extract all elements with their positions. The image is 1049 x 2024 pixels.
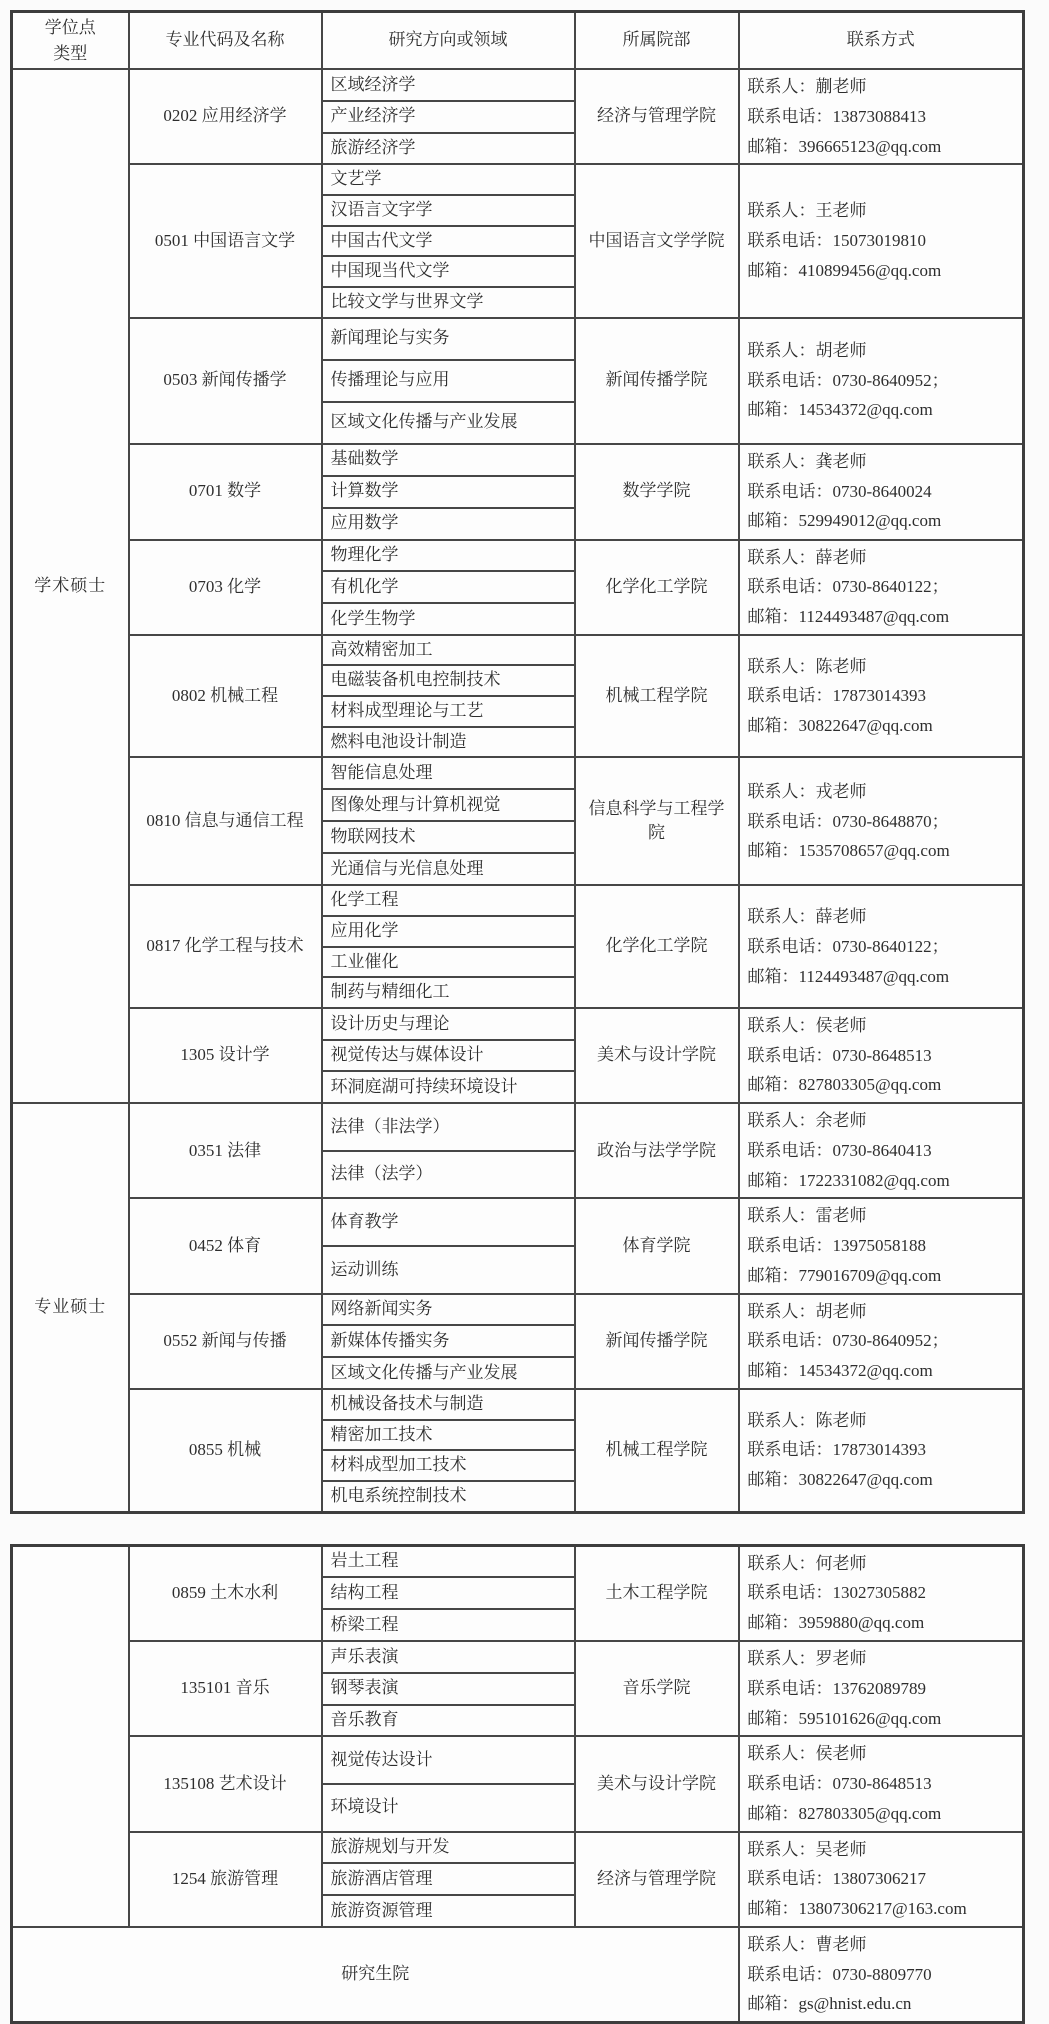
research-direction-cell: 旅游酒店管理 [322, 1863, 575, 1895]
header-cell: 专业代码及名称 [129, 12, 322, 70]
contact-phone-line: 联系电话：0730-8640952； [748, 1326, 1015, 1356]
contact-person-value: 龚老师 [816, 452, 867, 471]
contact-cell: 联系人：薛老师联系电话：0730-8640122；邮箱：1124493487@q… [739, 885, 1024, 1008]
contact-person-label: 联系人： [748, 907, 816, 926]
header-cell-label: 专业代码及名称 [166, 30, 285, 49]
degree-table-continued: 0859 土木水利岩土工程土木工程学院联系人：何老师联系电话：130273058… [10, 1544, 1049, 2024]
research-direction-cell: 计算数学 [322, 476, 575, 508]
contact-person-value: 侯老师 [816, 1744, 867, 1763]
college-cell: 中国语言文学学院 [575, 164, 739, 317]
contact-email-label: 邮箱： [748, 400, 799, 419]
contact-cell: 联系人：罗老师联系电话：13762089789邮箱：595101626@qq.c… [739, 1641, 1024, 1736]
contact-email-value: 827803305@qq.com [799, 1075, 942, 1094]
college-cell: 土木工程学院 [575, 1545, 739, 1641]
contact-email-line: 邮箱：529949012@qq.com [748, 506, 1015, 536]
contact-person-label: 联系人： [748, 1554, 816, 1573]
research-direction-cell: 设计历史与理论 [322, 1008, 575, 1040]
header-cell: 联系方式 [739, 12, 1024, 70]
contact-email-value: 14534372@qq.com [799, 400, 933, 419]
research-direction-cell: 燃料电池设计制造 [322, 727, 575, 758]
contact-phone-label: 联系电话： [748, 1583, 833, 1602]
header-cell: 所属院部 [575, 12, 739, 70]
degree-table: 学位点类型专业代码及名称研究方向或领域所属院部联系方式学术硕士0202 应用经济… [10, 10, 1025, 1514]
contact-phone-line: 联系电话：13873088413 [748, 102, 1015, 132]
contact-person-label: 联系人： [748, 1016, 816, 1035]
research-direction-cell: 精密加工技术 [322, 1420, 575, 1451]
contact-email-label: 邮箱： [748, 511, 799, 530]
college-cell: 化学化工学院 [575, 885, 739, 1008]
contact-phone-label: 联系电话： [748, 371, 833, 390]
contact-email-line: 邮箱：827803305@qq.com [748, 1070, 1015, 1100]
college-cell: 美术与设计学院 [575, 1008, 739, 1103]
contact-cell: 联系人：薛老师联系电话：0730-8640122；邮箱：1124493487@q… [739, 540, 1024, 635]
contact-person-label: 联系人： [748, 201, 816, 220]
contact-phone-line: 联系电话：13762089789 [748, 1674, 1015, 1704]
contact-email-label: 邮箱： [748, 1709, 799, 1728]
contact-person-line: 联系人：何老师 [748, 1549, 1015, 1579]
research-direction-cell: 产业经济学 [322, 101, 575, 133]
contact-cell: 联系人：胡老师联系电话：0730-8640952；邮箱：14534372@qq.… [739, 318, 1024, 444]
contact-email-line: 邮箱：779016709@qq.com [748, 1261, 1015, 1291]
degree-table: 0859 土木水利岩土工程土木工程学院联系人：何老师联系电话：130273058… [10, 1544, 1025, 2024]
college-cell: 美术与设计学院 [575, 1736, 739, 1831]
contact-person-label: 联系人： [748, 782, 816, 801]
research-direction-cell: 法律（非法学） [322, 1103, 575, 1151]
contact-phone-label: 联系电话： [748, 1965, 833, 1984]
contact-email-label: 邮箱： [748, 1899, 799, 1918]
contact-phone-line: 联系电话：0730-8648513 [748, 1041, 1015, 1071]
contact-email-line: 邮箱：1124493487@qq.com [748, 602, 1015, 632]
contact-person-label: 联系人： [748, 1649, 816, 1668]
research-direction-cell: 视觉传达设计 [322, 1736, 575, 1784]
college-cell: 数学学院 [575, 444, 739, 540]
research-direction-cell: 区域文化传播与产业发展 [322, 1357, 575, 1389]
program-code-cell: 0817 化学工程与技术 [129, 885, 322, 1008]
contact-email-label: 邮箱： [748, 967, 799, 986]
contact-phone-line: 联系电话：0730-8809770 [748, 1960, 1015, 1990]
contact-phone-value: 0730-8648513 [833, 1774, 932, 1793]
research-direction-cell: 传播理论与应用 [322, 360, 575, 402]
contact-phone-line: 联系电话：0730-8640122； [748, 932, 1015, 962]
contact-person-value: 薛老师 [816, 548, 867, 567]
research-direction-cell: 智能信息处理 [322, 757, 575, 789]
contact-person-line: 联系人：雷老师 [748, 1201, 1015, 1231]
contact-email-value: gs@hnist.edu.cn [799, 1994, 912, 2013]
contact-cell: 联系人：何老师联系电话：13027305882邮箱：3959880@qq.com [739, 1545, 1024, 1641]
header-cell: 研究方向或领域 [322, 12, 575, 70]
research-direction-cell: 新闻理论与实务 [322, 318, 575, 360]
graduate-school-cell: 研究生院 [12, 1927, 739, 2023]
contact-email-value: 1124493487@qq.com [799, 967, 950, 986]
contact-email-label: 邮箱： [748, 1171, 799, 1190]
research-direction-cell: 电磁装备机电控制技术 [322, 665, 575, 696]
contact-email-value: 30822647@qq.com [799, 1470, 933, 1489]
program-subrow: 0452 体育体育教学体育学院联系人：雷老师联系电话：13975058188邮箱… [12, 1198, 1024, 1246]
contact-phone-label: 联系电话： [748, 1774, 833, 1793]
contact-phone-value: 0730-8640122； [833, 577, 949, 596]
college-cell: 经济与管理学院 [575, 1832, 739, 1927]
contact-phone-label: 联系电话： [748, 1869, 833, 1888]
research-direction-cell: 旅游资源管理 [322, 1895, 575, 1927]
contact-cell: 联系人：侯老师联系电话：0730-8648513邮箱：827803305@qq.… [739, 1008, 1024, 1103]
research-direction-cell: 环境设计 [322, 1784, 575, 1832]
contact-person-value: 胡老师 [816, 1302, 867, 1321]
contact-email-line: 邮箱：1535708657@qq.com [748, 836, 1015, 866]
program-code-cell: 0351 法律 [129, 1103, 322, 1198]
contact-email-value: 14534372@qq.com [799, 1361, 933, 1380]
contact-phone-label: 联系电话： [748, 231, 833, 250]
contact-phone-value: 17873014393 [833, 1440, 927, 1459]
contact-phone-label: 联系电话： [748, 482, 833, 501]
contact-phone-line: 联系电话：17873014393 [748, 681, 1015, 711]
contact-email-line: 邮箱：396665123@qq.com [748, 132, 1015, 162]
contact-phone-value: 0730-8809770 [833, 1965, 932, 1984]
contact-person-label: 联系人： [748, 657, 816, 676]
contact-phone-value: 0730-8648870； [833, 812, 949, 831]
research-direction-cell: 比较文学与世界文学 [322, 287, 575, 318]
research-direction-cell: 高效精密加工 [322, 635, 575, 666]
program-subrow: 0701 数学基础数学数学学院联系人：龚老师联系电话：0730-8640024邮… [12, 444, 1024, 476]
research-direction-cell: 材料成型理论与工艺 [322, 696, 575, 727]
contact-person-line: 联系人：蒯老师 [748, 72, 1015, 102]
program-code-cell: 0859 土木水利 [129, 1545, 322, 1641]
contact-email-label: 邮箱： [748, 1470, 799, 1489]
contact-email-value: 595101626@qq.com [799, 1709, 942, 1728]
research-direction-cell: 旅游规划与开发 [322, 1832, 575, 1864]
research-direction-cell: 旅游经济学 [322, 133, 575, 165]
program-subrow: 0703 化学物理化学化学化工学院联系人：薛老师联系电话：0730-864012… [12, 540, 1024, 572]
contact-phone-line: 联系电话：0730-8640952； [748, 366, 1015, 396]
contact-person-line: 联系人：龚老师 [748, 447, 1015, 477]
contact-person-line: 联系人：胡老师 [748, 1297, 1015, 1327]
contact-email-line: 邮箱：1722331082@qq.com [748, 1166, 1015, 1196]
contact-cell: 联系人：胡老师联系电话：0730-8640952；邮箱：14534372@qq.… [739, 1294, 1024, 1389]
contact-person-line: 联系人：侯老师 [748, 1011, 1015, 1041]
contact-phone-label: 联系电话： [748, 1440, 833, 1459]
program-subrow: 1305 设计学设计历史与理论美术与设计学院联系人：侯老师联系电话：0730-8… [12, 1008, 1024, 1040]
contact-email-line: 邮箱：30822647@qq.com [748, 711, 1015, 741]
contact-person-line: 联系人：戎老师 [748, 777, 1015, 807]
research-direction-cell: 材料成型加工技术 [322, 1450, 575, 1481]
contact-phone-line: 联系电话：15073019810 [748, 226, 1015, 256]
contact-phone-value: 15073019810 [833, 231, 927, 250]
program-subrow: 0552 新闻与传播网络新闻实务新闻传播学院联系人：胡老师联系电话：0730-8… [12, 1294, 1024, 1326]
contact-person-line: 联系人：陈老师 [748, 652, 1015, 682]
contact-phone-value: 13873088413 [833, 107, 927, 126]
contact-phone-value: 13027305882 [833, 1583, 927, 1602]
contact-email-label: 邮箱： [748, 841, 799, 860]
college-cell: 新闻传播学院 [575, 1294, 739, 1389]
research-direction-cell: 应用化学 [322, 916, 575, 947]
contact-person-label: 联系人： [748, 1302, 816, 1321]
research-direction-cell: 视觉传达与媒体设计 [322, 1040, 575, 1072]
contact-email-line: 邮箱：1124493487@qq.com [748, 962, 1015, 992]
contact-person-line: 联系人：曹老师 [748, 1930, 1015, 1960]
contact-person-value: 胡老师 [816, 341, 867, 360]
program-code-cell: 0202 应用经济学 [129, 69, 322, 164]
research-direction-cell: 机械设备技术与制造 [322, 1389, 575, 1420]
contact-email-line: 邮箱：410899456@qq.com [748, 256, 1015, 286]
program-code-cell: 135101 音乐 [129, 1641, 322, 1736]
contact-phone-line: 联系电话：0730-8640413 [748, 1136, 1015, 1166]
header-cell-label: 联系方式 [847, 30, 915, 49]
college-cell: 体育学院 [575, 1198, 739, 1293]
contact-person-value: 蒯老师 [816, 77, 867, 96]
contact-phone-line: 联系电话：13975058188 [748, 1231, 1015, 1261]
contact-email-label: 邮箱： [748, 1361, 799, 1380]
program-subrow: 0810 信息与通信工程智能信息处理信息科学与工程学院联系人：戎老师联系电话：0… [12, 757, 1024, 789]
contact-email-value: 3959880@qq.com [799, 1613, 925, 1632]
program-subrow: 0859 土木水利岩土工程土木工程学院联系人：何老师联系电话：130273058… [12, 1545, 1024, 1577]
contact-email-value: 1722331082@qq.com [799, 1171, 950, 1190]
contact-email-value: 1535708657@qq.com [799, 841, 950, 860]
contact-person-value: 薛老师 [816, 907, 867, 926]
contact-phone-label: 联系电话： [748, 812, 833, 831]
research-direction-cell: 图像处理与计算机视觉 [322, 789, 575, 821]
contact-person-label: 联系人： [748, 1111, 816, 1130]
contact-phone-label: 联系电话： [748, 577, 833, 596]
research-direction-cell: 工业催化 [322, 947, 575, 978]
program-subrow: 1254 旅游管理旅游规划与开发经济与管理学院联系人：吴老师联系电话：13807… [12, 1832, 1024, 1864]
degree-type-cell [12, 1545, 129, 1927]
contact-phone-value: 0730-8640122； [833, 937, 949, 956]
contact-email-label: 邮箱： [748, 716, 799, 735]
contact-phone-label: 联系电话： [748, 686, 833, 705]
degree-type-cell: 学术硕士 [12, 69, 129, 1103]
contact-email-line: 邮箱：14534372@qq.com [748, 1356, 1015, 1386]
research-direction-cell: 声乐表演 [322, 1641, 575, 1673]
college-cell: 机械工程学院 [575, 635, 739, 758]
program-subrow: 0503 新闻传播学新闻理论与实务新闻传播学院联系人：胡老师联系电话：0730-… [12, 318, 1024, 360]
contact-email-label: 邮箱： [748, 1613, 799, 1632]
contact-email-value: 779016709@qq.com [799, 1266, 942, 1285]
program-subrow: 0501 中国语言文学文艺学中国语言文学学院联系人：王老师联系电话：150730… [12, 164, 1024, 195]
research-direction-cell: 物联网技术 [322, 821, 575, 853]
contact-phone-line: 联系电话：17873014393 [748, 1435, 1015, 1465]
program-code-cell: 0552 新闻与传播 [129, 1294, 322, 1389]
contact-person-line: 联系人：薛老师 [748, 543, 1015, 573]
contact-email-line: 邮箱：3959880@qq.com [748, 1608, 1015, 1638]
contact-person-line: 联系人：吴老师 [748, 1835, 1015, 1865]
contact-email-line: 邮箱：14534372@qq.com [748, 395, 1015, 425]
contact-person-value: 王老师 [816, 201, 867, 220]
research-direction-cell: 中国现当代文学 [322, 256, 575, 287]
research-direction-cell: 岩土工程 [322, 1545, 575, 1577]
contact-person-value: 戎老师 [816, 782, 867, 801]
contact-phone-label: 联系电话： [748, 1236, 833, 1255]
contact-person-label: 联系人： [748, 1206, 816, 1225]
research-direction-cell: 应用数学 [322, 508, 575, 540]
contact-email-line: 邮箱：gs@hnist.edu.cn [748, 1989, 1015, 2019]
contact-cell: 联系人：王老师联系电话：15073019810邮箱：410899456@qq.c… [739, 164, 1024, 317]
contact-phone-value: 0730-8640952； [833, 371, 949, 390]
college-cell: 信息科学与工程学院 [575, 757, 739, 885]
program-code-cell: 0452 体育 [129, 1198, 322, 1293]
contact-email-value: 13807306217@163.com [799, 1899, 967, 1918]
college-cell: 化学化工学院 [575, 540, 739, 635]
research-direction-cell: 结构工程 [322, 1577, 575, 1609]
research-direction-cell: 机电系统控制技术 [322, 1481, 575, 1512]
college-cell: 政治与法学学院 [575, 1103, 739, 1198]
research-direction-cell: 钢琴表演 [322, 1673, 575, 1705]
contact-cell: 联系人：陈老师联系电话：17873014393邮箱：30822647@qq.co… [739, 1389, 1024, 1512]
program-code-cell: 1305 设计学 [129, 1008, 322, 1103]
contact-email-label: 邮箱： [748, 1075, 799, 1094]
research-direction-cell: 物理化学 [322, 540, 575, 572]
program-subrow: 135101 音乐声乐表演音乐学院联系人：罗老师联系电话：13762089789… [12, 1641, 1024, 1673]
program-code-cell: 0703 化学 [129, 540, 322, 635]
contact-phone-label: 联系电话： [748, 107, 833, 126]
college-cell: 机械工程学院 [575, 1389, 739, 1512]
contact-email-value: 529949012@qq.com [799, 511, 942, 530]
contact-phone-value: 13807306217 [833, 1869, 927, 1888]
program-subrow: 专业硕士0351 法律法律（非法学）政治与法学学院联系人：余老师联系电话：073… [12, 1103, 1024, 1151]
contact-email-label: 邮箱： [748, 1804, 799, 1823]
contact-cell: 联系人：龚老师联系电话：0730-8640024邮箱：529949012@qq.… [739, 444, 1024, 540]
contact-phone-line: 联系电话：13807306217 [748, 1864, 1015, 1894]
program-subrow: 0855 机械机械设备技术与制造机械工程学院联系人：陈老师联系电话：178730… [12, 1389, 1024, 1420]
program-code-cell: 0503 新闻传播学 [129, 318, 322, 444]
contact-person-value: 罗老师 [816, 1649, 867, 1668]
contact-person-label: 联系人： [748, 1411, 816, 1430]
contact-person-value: 陈老师 [816, 657, 867, 676]
contact-cell: 联系人：曹老师联系电话：0730-8809770邮箱：gs@hnist.edu.… [739, 1927, 1024, 2023]
college-cell: 音乐学院 [575, 1641, 739, 1736]
contact-email-line: 邮箱：13807306217@163.com [748, 1894, 1015, 1924]
contact-cell: 联系人：侯老师联系电话：0730-8648513邮箱：827803305@qq.… [739, 1736, 1024, 1831]
header-row: 学位点类型专业代码及名称研究方向或领域所属院部联系方式 [12, 12, 1024, 70]
contact-email-line: 邮箱：827803305@qq.com [748, 1799, 1015, 1829]
header-cell-label: 所属院部 [623, 30, 691, 49]
program-subrow: 学术硕士0202 应用经济学区域经济学经济与管理学院联系人：蒯老师联系电话：13… [12, 69, 1024, 101]
contact-person-value: 曹老师 [816, 1935, 867, 1954]
program-subrow: 0802 机械工程高效精密加工机械工程学院联系人：陈老师联系电话：1787301… [12, 635, 1024, 666]
research-direction-cell: 法律（法学） [322, 1151, 575, 1199]
research-direction-cell: 环洞庭湖可持续环境设计 [322, 1071, 575, 1103]
contact-phone-label: 联系电话： [748, 1141, 833, 1160]
contact-person-value: 何老师 [816, 1554, 867, 1573]
contact-person-value: 侯老师 [816, 1016, 867, 1035]
contact-phone-line: 联系电话：0730-8648513 [748, 1769, 1015, 1799]
research-direction-cell: 新媒体传播实务 [322, 1325, 575, 1357]
research-direction-cell: 桥梁工程 [322, 1609, 575, 1641]
contact-email-value: 396665123@qq.com [799, 137, 942, 156]
contact-email-value: 1124493487@qq.com [799, 607, 950, 626]
research-direction-cell: 有机化学 [322, 571, 575, 603]
contact-cell: 联系人：余老师联系电话：0730-8640413邮箱：1722331082@qq… [739, 1103, 1024, 1198]
contact-email-line: 邮箱：30822647@qq.com [748, 1465, 1015, 1495]
contact-email-value: 827803305@qq.com [799, 1804, 942, 1823]
header-cell: 学位点类型 [12, 12, 129, 70]
contact-email-label: 邮箱： [748, 607, 799, 626]
graduate-school-row: 研究生院联系人：曹老师联系电话：0730-8809770邮箱：gs@hnist.… [12, 1927, 1024, 2023]
contact-email-label: 邮箱： [748, 137, 799, 156]
header-cell-label: 研究方向或领域 [389, 30, 508, 49]
contact-cell: 联系人：戎老师联系电话：0730-8648870；邮箱：1535708657@q… [739, 757, 1024, 885]
program-subrow: 135108 艺术设计视觉传达设计美术与设计学院联系人：侯老师联系电话：0730… [12, 1736, 1024, 1784]
degree-contact-page: 学位点类型专业代码及名称研究方向或领域所属院部联系方式学术硕士0202 应用经济… [0, 0, 1049, 2024]
contact-email-label: 邮箱： [748, 1994, 799, 2013]
contact-phone-label: 联系电话： [748, 937, 833, 956]
contact-phone-value: 17873014393 [833, 686, 927, 705]
research-direction-cell: 制药与精细化工 [322, 977, 575, 1008]
research-direction-cell: 音乐教育 [322, 1705, 575, 1737]
contact-person-value: 吴老师 [816, 1840, 867, 1859]
contact-cell: 联系人：陈老师联系电话：17873014393邮箱：30822647@qq.co… [739, 635, 1024, 758]
contact-email-value: 30822647@qq.com [799, 716, 933, 735]
contact-person-label: 联系人： [748, 77, 816, 96]
contact-person-value: 余老师 [816, 1111, 867, 1130]
contact-email-label: 邮箱： [748, 1266, 799, 1285]
degree-table-academic-professional: 学位点类型专业代码及名称研究方向或领域所属院部联系方式学术硕士0202 应用经济… [10, 10, 1049, 1514]
research-direction-cell: 网络新闻实务 [322, 1294, 575, 1326]
contact-person-line: 联系人：胡老师 [748, 336, 1015, 366]
program-code-cell: 0810 信息与通信工程 [129, 757, 322, 885]
contact-phone-value: 13975058188 [833, 1236, 927, 1255]
contact-person-line: 联系人：陈老师 [748, 1406, 1015, 1436]
research-direction-cell: 基础数学 [322, 444, 575, 476]
contact-phone-line: 联系电话：13027305882 [748, 1578, 1015, 1608]
contact-email-line: 邮箱：595101626@qq.com [748, 1704, 1015, 1734]
degree-type-cell: 专业硕士 [12, 1103, 129, 1512]
contact-person-label: 联系人： [748, 452, 816, 471]
contact-phone-value: 0730-8640413 [833, 1141, 932, 1160]
research-direction-cell: 汉语言文字学 [322, 195, 575, 226]
program-code-cell: 135108 艺术设计 [129, 1736, 322, 1831]
contact-person-line: 联系人：薛老师 [748, 902, 1015, 932]
program-code-cell: 1254 旅游管理 [129, 1832, 322, 1927]
contact-email-label: 邮箱： [748, 261, 799, 280]
contact-person-value: 陈老师 [816, 1411, 867, 1430]
research-direction-cell: 中国古代文学 [322, 226, 575, 257]
research-direction-cell: 运动训练 [322, 1246, 575, 1294]
contact-person-label: 联系人： [748, 1744, 816, 1763]
college-cell: 经济与管理学院 [575, 69, 739, 164]
contact-email-value: 410899456@qq.com [799, 261, 942, 280]
contact-phone-value: 0730-8648513 [833, 1046, 932, 1065]
research-direction-cell: 区域经济学 [322, 69, 575, 101]
contact-phone-label: 联系电话： [748, 1679, 833, 1698]
contact-cell: 联系人：蒯老师联系电话：13873088413邮箱：396665123@qq.c… [739, 69, 1024, 164]
contact-phone-label: 联系电话： [748, 1331, 833, 1350]
program-code-cell: 0701 数学 [129, 444, 322, 540]
contact-phone-value: 13762089789 [833, 1679, 927, 1698]
research-direction-cell: 文艺学 [322, 164, 575, 195]
contact-person-label: 联系人： [748, 1935, 816, 1954]
contact-person-value: 雷老师 [816, 1206, 867, 1225]
program-code-cell: 0855 机械 [129, 1389, 322, 1512]
research-direction-cell: 体育教学 [322, 1198, 575, 1246]
contact-phone-label: 联系电话： [748, 1046, 833, 1065]
research-direction-cell: 化学工程 [322, 885, 575, 916]
research-direction-cell: 光通信与光信息处理 [322, 853, 575, 885]
contact-person-line: 联系人：侯老师 [748, 1739, 1015, 1769]
contact-person-line: 联系人：王老师 [748, 196, 1015, 226]
research-direction-cell: 化学生物学 [322, 603, 575, 635]
contact-person-line: 联系人：罗老师 [748, 1644, 1015, 1674]
program-subrow: 0817 化学工程与技术化学工程化学化工学院联系人：薛老师联系电话：0730-8… [12, 885, 1024, 916]
contact-person-label: 联系人： [748, 341, 816, 360]
college-cell: 新闻传播学院 [575, 318, 739, 444]
contact-phone-line: 联系电话：0730-8648870； [748, 807, 1015, 837]
contact-person-line: 联系人：余老师 [748, 1106, 1015, 1136]
table-gap [10, 1514, 1049, 1544]
contact-phone-value: 0730-8640952； [833, 1331, 949, 1350]
contact-person-label: 联系人： [748, 1840, 816, 1859]
contact-phone-line: 联系电话：0730-8640122； [748, 572, 1015, 602]
contact-cell: 联系人：吴老师联系电话：13807306217邮箱：13807306217@16… [739, 1832, 1024, 1927]
contact-cell: 联系人：雷老师联系电话：13975058188邮箱：779016709@qq.c… [739, 1198, 1024, 1293]
